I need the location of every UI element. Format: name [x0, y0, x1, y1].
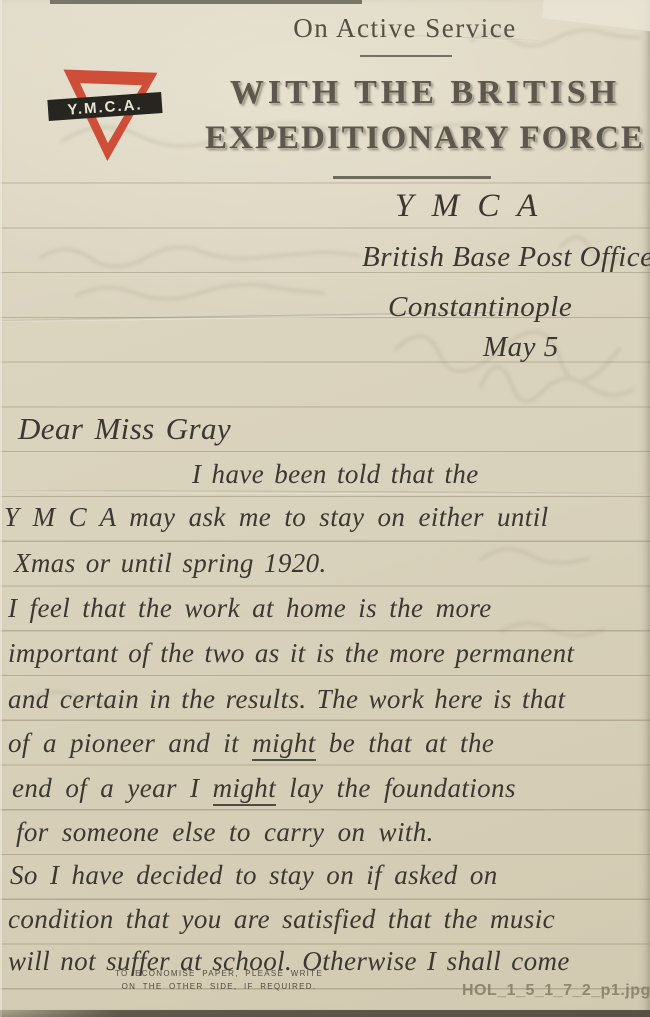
- on-active-service-heading: On Active Service: [250, 13, 560, 44]
- scan-edge-bottom: [0, 1010, 650, 1017]
- scan-edge-top: [50, 0, 362, 4]
- line-text: important of the two as it is the more p…: [8, 638, 574, 668]
- line-text: Y M C A may ask me to stay on either unt…: [4, 502, 549, 532]
- handwritten-line: I feel that the work at home is the more: [8, 593, 492, 624]
- letter-page: On Active Service Y.M.C.A. WITH THE BRIT…: [0, 0, 650, 1017]
- underlined-word: might: [213, 773, 277, 806]
- economy-note-line1: TO ECONOMISE PAPER, PLEASE WRITE: [96, 969, 342, 978]
- underlined-word: might: [252, 728, 316, 761]
- letter-date: May 5: [483, 331, 559, 364]
- address-office: British Base Post Office: [362, 241, 650, 274]
- line-text: I feel that the work at home is the more: [8, 593, 492, 623]
- line-text: Dear Miss Gray: [18, 411, 231, 446]
- heading-underline: [360, 55, 452, 57]
- handwritten-line: condition that you are satisfied that th…: [8, 904, 555, 935]
- handwritten-line: Xmas or until spring 1920.: [14, 548, 327, 579]
- line-text: condition that you are satisfied that th…: [8, 904, 555, 934]
- handwritten-line: Y M C A may ask me to stay on either unt…: [4, 502, 549, 533]
- letterhead-title-line2: EXPEDITIONARY FORCE: [205, 120, 645, 157]
- address-org: Y M C A: [395, 188, 538, 225]
- economy-note-line2: ON THE OTHER SIDE, IF REQUIRED.: [96, 982, 342, 991]
- line-text: of a pioneer and it: [8, 728, 252, 758]
- handwritten-line: important of the two as it is the more p…: [8, 638, 574, 669]
- handwritten-line: end of a year I might lay the foundation…: [12, 773, 516, 804]
- letterhead-title-line1: WITH THE BRITISH: [205, 74, 645, 112]
- line-text: I have been told that the: [192, 459, 479, 489]
- line-text: So I have decided to stay on if asked on: [10, 860, 498, 890]
- salutation-line: Dear Miss Gray: [18, 411, 231, 447]
- title-underline: [333, 176, 491, 179]
- line-text: for someone else to carry on with.: [16, 817, 434, 847]
- handwritten-line: for someone else to carry on with.: [16, 817, 434, 848]
- filename-watermark: HOL_1_5_1_7_2_p1.jpg: [462, 982, 650, 1000]
- ymca-logo-icon: Y.M.C.A.: [44, 58, 166, 170]
- handwritten-line: I have been told that the: [192, 459, 479, 490]
- scan-edge-left: [0, 0, 2, 1017]
- line-text: end of a year I: [12, 773, 213, 803]
- address-city: Constantinople: [388, 291, 572, 324]
- handwritten-line: of a pioneer and it might be that at the: [8, 728, 494, 759]
- handwritten-line: and certain in the results. The work her…: [8, 684, 566, 715]
- line-text: and certain in the results. The work her…: [8, 684, 566, 714]
- handwritten-line: So I have decided to stay on if asked on: [10, 860, 498, 891]
- line-text: Xmas or until spring 1920.: [14, 548, 327, 578]
